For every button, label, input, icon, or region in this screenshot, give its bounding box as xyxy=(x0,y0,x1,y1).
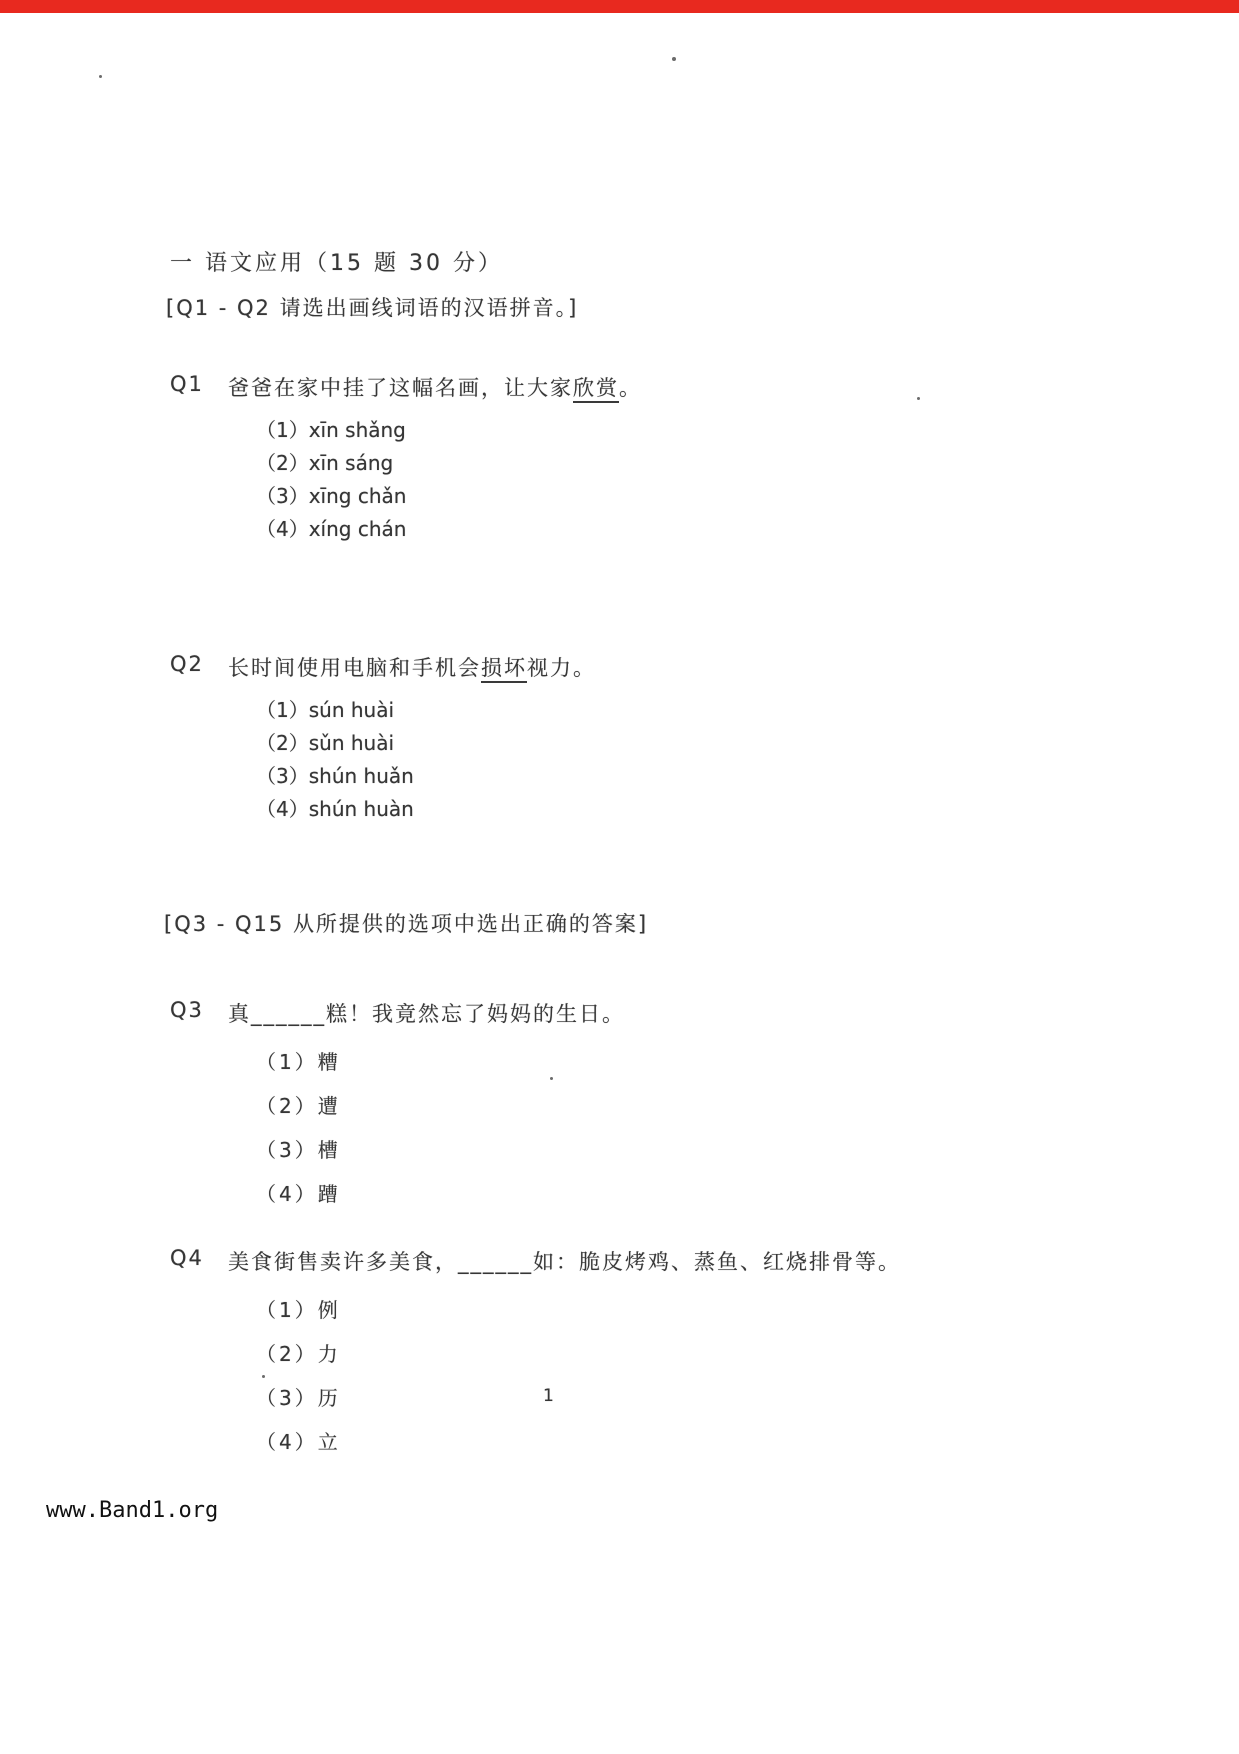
question-text-pre: 美食街售卖许多美食，______如：脆皮烤鸡、蒸鱼、红烧排骨等。 xyxy=(228,1250,901,1274)
option-2: （2）力 xyxy=(256,1332,901,1376)
question-text: 真______糕！我竟然忘了妈妈的生日。 xyxy=(228,998,625,1028)
options-list: （1）例 （2）力 （3）历 （4）立 xyxy=(256,1288,901,1464)
top-red-bar xyxy=(0,0,1239,13)
question-text-pre: 爸爸在家中挂了这幅名画，让大家 xyxy=(228,376,573,400)
scanned-exam-page: 一 语文应用（15 题 30 分） [Q1 - Q2 请选出画线词语的汉语拼音。… xyxy=(0,0,1239,1754)
option-2: （2）xīn sáng xyxy=(256,447,642,480)
question-text: 美食街售卖许多美食，______如：脆皮烤鸡、蒸鱼、红烧排骨等。 xyxy=(228,1246,901,1276)
question-text-pre: 长时间使用电脑和手机会 xyxy=(228,656,481,680)
scan-noise-dot xyxy=(672,57,676,61)
underlined-word: 损坏 xyxy=(481,656,527,683)
option-4: （4）立 xyxy=(256,1420,901,1464)
option-1: （1）sún huài xyxy=(256,694,596,727)
option-2: （2）遭 xyxy=(256,1084,625,1128)
question-text: 长时间使用电脑和手机会损坏视力。 xyxy=(228,652,596,682)
question-number: Q3 xyxy=(170,998,228,1028)
option-3: （3）shún huǎn xyxy=(256,760,596,793)
option-3: （3）xīng chǎn xyxy=(256,480,642,513)
question-number: Q2 xyxy=(170,652,228,682)
question-q1: Q1 爸爸在家中挂了这幅名画，让大家欣赏。 （1）xīn shǎng （2）xī… xyxy=(170,372,642,546)
question-number: Q4 xyxy=(170,1246,228,1276)
question-text-pre: 真______糕！我竟然忘了妈妈的生日。 xyxy=(228,1002,625,1026)
option-2: （2）sǔn huài xyxy=(256,727,596,760)
option-3: （3）槽 xyxy=(256,1128,625,1172)
section-title: 一 语文应用（15 题 30 分） xyxy=(170,246,503,277)
option-4: （4）蹧 xyxy=(256,1172,625,1216)
option-3: （3）历 xyxy=(256,1376,901,1420)
options-list: （1）sún huài （2）sǔn huài （3）shún huǎn （4）… xyxy=(256,694,596,826)
option-4: （4）shún huàn xyxy=(256,793,596,826)
option-1: （1）糟 xyxy=(256,1040,625,1084)
question-q2: Q2 长时间使用电脑和手机会损坏视力。 （1）sún huài （2）sǔn h… xyxy=(170,652,596,826)
question-text: 爸爸在家中挂了这幅名画，让大家欣赏。 xyxy=(228,372,642,402)
option-1: （1）xīn shǎng xyxy=(256,414,642,447)
options-list: （1）xīn shǎng （2）xīn sáng （3）xīng chǎn （4… xyxy=(256,414,642,546)
underlined-word: 欣赏 xyxy=(573,376,619,403)
scan-noise-dot xyxy=(917,397,920,400)
question-number: Q1 xyxy=(170,372,228,402)
question-q3: Q3 真______糕！我竟然忘了妈妈的生日。 （1）糟 （2）遭 （3）槽 （… xyxy=(170,998,625,1216)
question-text-post: 。 xyxy=(619,376,642,400)
pinyin-instruction: [Q1 - Q2 请选出画线词语的汉语拼音。] xyxy=(166,292,578,322)
option-4: （4）xíng chán xyxy=(256,513,642,546)
question-q4: Q4 美食街售卖许多美食，______如：脆皮烤鸡、蒸鱼、红烧排骨等。 （1）例… xyxy=(170,1246,901,1464)
options-list: （1）糟 （2）遭 （3）槽 （4）蹧 xyxy=(256,1040,625,1216)
footer-site-label: www.Band1.org xyxy=(46,1498,218,1523)
question-text-post: 视力。 xyxy=(527,656,596,680)
choice-instruction: [Q3 - Q15 从所提供的选项中选出正确的答案] xyxy=(164,908,648,938)
page-number: 1 xyxy=(543,1386,554,1406)
scan-noise-dot xyxy=(99,75,102,78)
option-1: （1）例 xyxy=(256,1288,901,1332)
